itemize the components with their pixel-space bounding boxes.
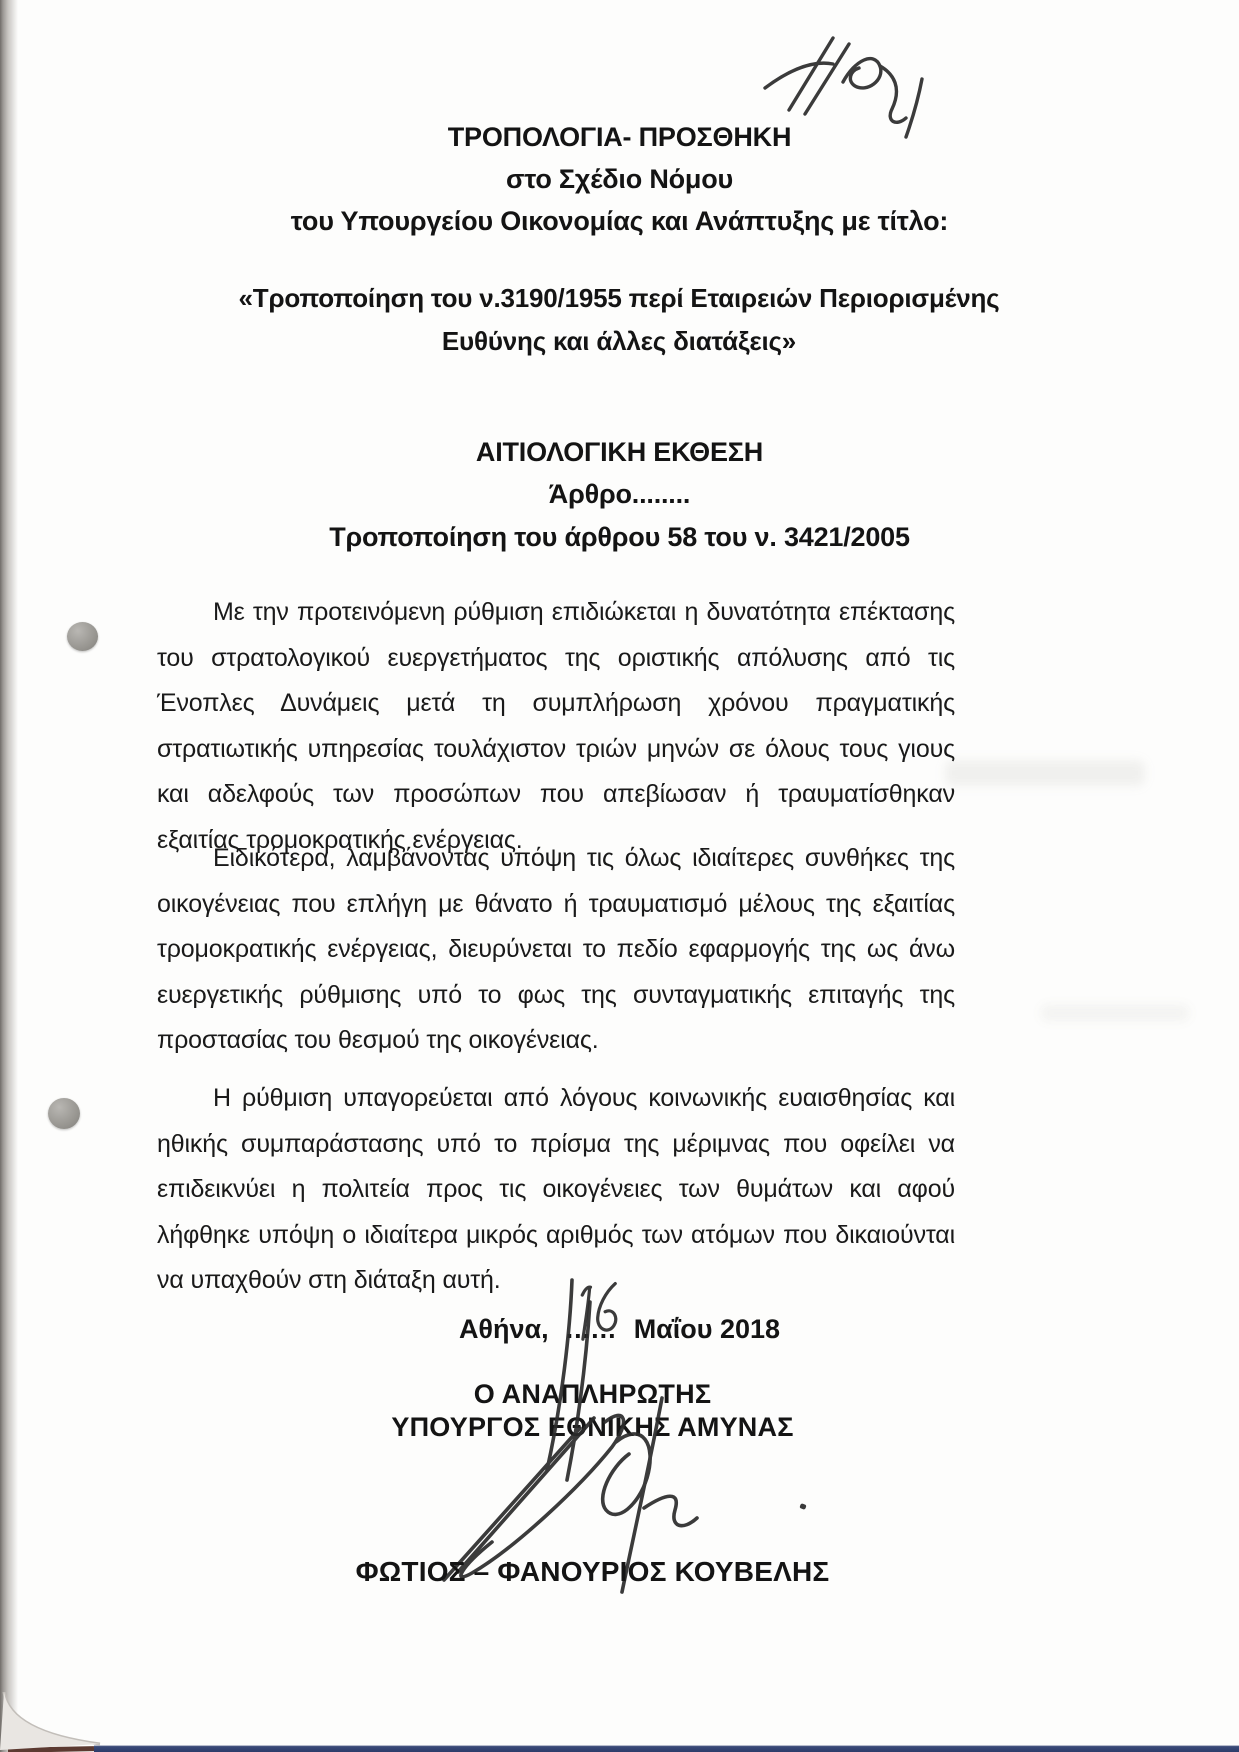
paragraph-1: Με την προτεινόμενη ρύθμιση επιδιώκεται … [157,590,955,863]
hole-punch-top [67,622,98,651]
section-subheading: Τροποποίηση του άρθρου 58 του ν. 3421/20… [0,522,1239,553]
doc-title-line1: ΤΡΟΠΟΛΟΓΙΑ- ΠΡΟΣΘΗΚΗ [0,122,1239,153]
signature [420,1272,710,1602]
scan-smudge [1040,1004,1190,1022]
paragraph-3: Η ρύθμιση υπαγορεύεται από λόγους κοινων… [157,1076,955,1304]
paragraph-2: Ειδικότερα, λαμβάνοντας υπόψη τις όλως ι… [157,836,955,1064]
ink-dot [799,1503,806,1510]
scanned-document: { "doc": { "header": { "line1": "ΤΡΟΠΟΛΟ… [0,0,1239,1752]
doc-title-line3: του Υπουργείου Οικονομίας και Ανάπτυξης … [0,206,1239,237]
scan-left-edge [0,0,18,1752]
doc-title-line2: στο Σχέδιο Νόμου [0,164,1239,195]
law-title: «Τροποποίηση του ν.3190/1955 περί Εταιρε… [219,277,1019,363]
signatory-name: ΦΩΤΙΟΣ – ΦΑΝΟΥΡΙΟΣ ΚΟΥΒΕΛΗΣ [0,1556,1185,1588]
section-heading: ΑΙΤΙΟΛΟΓΙΚΗ ΕΚΘΕΣΗ [0,437,1239,468]
page-corner-fold [0,1692,120,1750]
hole-punch-bottom [48,1098,80,1129]
article-line: Άρθρο........ [0,479,1239,510]
scan-smudge [945,760,1145,786]
scan-bottom-edge [94,1745,1239,1752]
